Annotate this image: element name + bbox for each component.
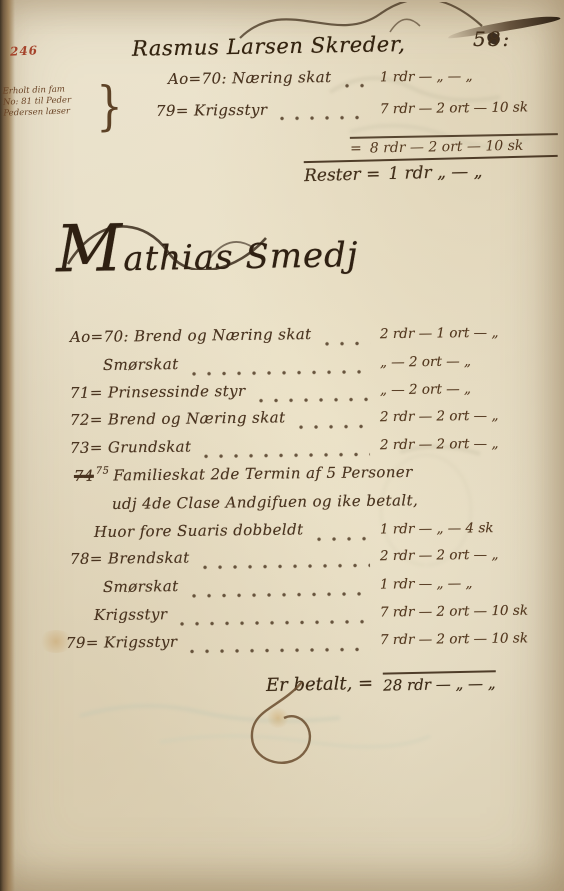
spacer <box>418 503 558 505</box>
dotted-leader <box>191 589 370 601</box>
sum-row: = 8 rdr — 2 ort — 10 sk <box>350 133 558 157</box>
dotted-leader <box>191 366 370 378</box>
dotted-leader <box>203 449 370 461</box>
entry-label: 78= Brendskat <box>70 549 190 568</box>
rest-label: Rester = <box>304 164 381 186</box>
entry-label: udj 4de Clase Andgifuen og ike betalt, <box>112 491 418 513</box>
entry-amount: 7 rdr — 2 ort — 10 sk <box>380 630 558 648</box>
rest-amount: 1 rdr „ — „ <box>388 162 483 184</box>
dotted-leader <box>179 616 370 628</box>
ledger-section-mathias: Mathias Smedj Ao=70: Brend og Næring ska… <box>0 214 558 694</box>
sum-amount: 8 rdr — 2 ort — 10 sk <box>370 138 524 157</box>
dotted-leader <box>279 112 370 123</box>
entry-label: Krigsstyr <box>94 605 168 624</box>
entry-amount: „ — 2 ort — „ <box>380 352 558 370</box>
entry-label: Huor fore Suaris dobbeldt <box>94 520 304 541</box>
total-label: Er betalt, = <box>266 672 374 696</box>
entry-amount: 7 rdr — 2 ort — 10 sk <box>380 602 558 620</box>
entry-label: Smørskat <box>103 577 179 596</box>
rest-row: Rester = 1 rdr „ — „ <box>304 155 559 186</box>
dotted-leader <box>297 422 370 433</box>
entry-amount: 1 rdr — „ — 4 sk <box>380 519 558 537</box>
ledger-rows: Ao=70: Brend og Næring skat 2 rdr — 1 or… <box>0 328 558 662</box>
ledger-row: 79= Krigsstyr 7 rdr — 2 ort — 10 sk <box>66 628 558 662</box>
entry-label: Smørskat <box>103 355 179 374</box>
dotted-leader <box>344 81 371 91</box>
ledger-row: Ao=70: Næring skat 1 rdr — „ — „ <box>168 65 558 97</box>
entry-label: Ao=70: Næring skat <box>168 68 332 88</box>
entry-amount: 2 rdr — 2 ort — „ <box>380 546 558 564</box>
entry-amount: „ — 2 ort — „ <box>380 380 558 398</box>
dotted-leader <box>189 644 370 656</box>
entry-amount: 1 rdr — „ — „ <box>380 575 558 593</box>
paper-stain <box>266 708 290 728</box>
entry-label: 79= Krigsstyr <box>66 632 178 651</box>
section-heading: Mathias Smedj <box>55 210 558 293</box>
entry-amount: 1 rdr — „ — „ <box>380 67 558 85</box>
total-row: Er betalt, = 28 rdr — „ — „ <box>266 669 558 697</box>
entry-label: Ao=70: Brend og Næring skat <box>70 325 312 346</box>
entry-label: 79= Krigsstyr <box>156 101 268 120</box>
ledger-section-rasmus: Rasmus Larsen Skreder, Ao=70: Næring ska… <box>0 30 558 183</box>
entry-label: 73= Grundskat <box>70 438 192 457</box>
dotted-leader <box>202 561 370 573</box>
struck-year: 74 <box>74 467 94 485</box>
dotted-leader <box>316 533 371 544</box>
ledger-row: 79= Krigsstyr 7 rdr — 2 ort — 10 sk <box>156 97 558 129</box>
entry-label: Familieskat 2de Termin af 5 Personer <box>113 463 413 485</box>
dotted-leader <box>258 394 371 405</box>
sum-equals: = <box>350 141 362 157</box>
spacer <box>413 475 558 477</box>
entry-label: 72= Brend og Næring skat <box>70 409 286 430</box>
corrected-year: 75 <box>96 466 110 477</box>
entry-amount: 2 rdr — 2 ort — „ <box>380 407 558 425</box>
section-heading: Rasmus Larsen Skreder, <box>132 26 558 63</box>
entry-amount: 7 rdr — 2 ort — 10 sk <box>380 99 558 117</box>
entry-label: 71= Prinsessinde styr <box>70 381 246 401</box>
entry-amount: 2 rdr — 1 ort — „ <box>380 324 558 342</box>
total-amount: 28 rdr — „ — „ <box>383 670 496 694</box>
dotted-leader <box>324 338 370 349</box>
entry-amount: 2 rdr — 2 ort — „ <box>380 435 558 453</box>
manuscript-page: 246 58: Erholt din fam No: 81 til Peder … <box>0 0 564 891</box>
